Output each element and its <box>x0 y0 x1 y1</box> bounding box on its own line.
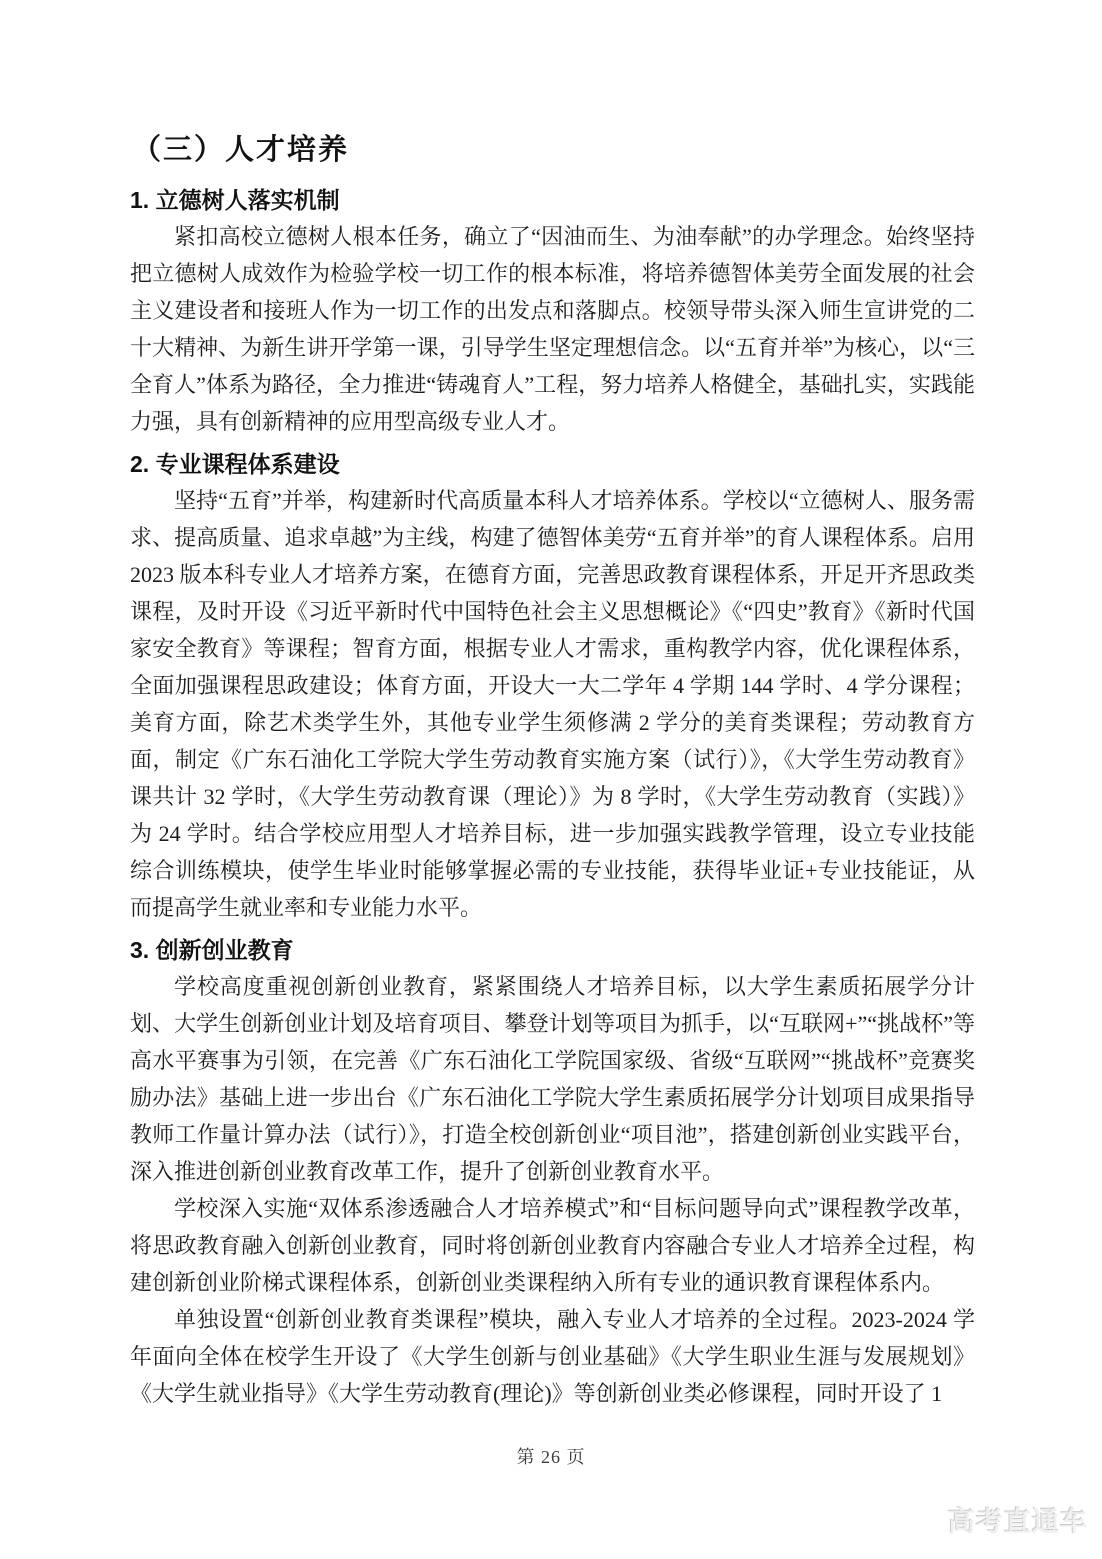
subsection-3: 3. 创新创业教育 学校高度重视创新创业教育，紧紧围绕人才培养目标，以大学生素质… <box>130 936 975 1412</box>
subsection-3-paragraph-2: 学校深入实施“双体系渗透融合人才培养模式”和“目标问题导向式”课程教学改革，将思… <box>130 1190 975 1301</box>
watermark-text: 高考直通车 <box>948 1500 1088 1539</box>
subsection-2-heading: 2. 专业课程体系建设 <box>130 450 975 478</box>
subsection-1-paragraph-1: 紧扣高校立德树人根本任务，确立了“因油而生、为油奉献”的办学理念。始终坚持把立德… <box>130 218 975 440</box>
subsection-3-paragraph-1: 学校高度重视创新创业教育，紧紧围绕人才培养目标，以大学生素质拓展学分计划、大学生… <box>130 968 975 1190</box>
subsection-1: 1. 立德树人落实机制 紧扣高校立德树人根本任务，确立了“因油而生、为油奉献”的… <box>130 186 975 440</box>
subsection-2: 2. 专业课程体系建设 坚持“五育”并举，构建新时代高质量本科人才培养体系。学校… <box>130 450 975 926</box>
document-page: （三）人才培养 1. 立德树人落实机制 紧扣高校立德树人根本任务，确立了“因油而… <box>0 0 1102 1559</box>
section-title: （三）人才培养 <box>132 130 975 170</box>
subsection-3-heading: 3. 创新创业教育 <box>130 936 975 964</box>
subsection-2-paragraph-1: 坚持“五育”并举，构建新时代高质量本科人才培养体系。学校以“立德树人、服务需求、… <box>130 482 975 926</box>
subsection-3-paragraph-3: 单独设置“创新创业教育类课程”模块，融入专业人才培养的全过程。2023-2024… <box>130 1301 975 1412</box>
subsection-1-heading: 1. 立德树人落实机制 <box>130 186 975 214</box>
page-content: （三）人才培养 1. 立德树人落实机制 紧扣高校立德树人根本任务，确立了“因油而… <box>130 130 975 1412</box>
page-number: 第 26 页 <box>0 1443 1102 1469</box>
